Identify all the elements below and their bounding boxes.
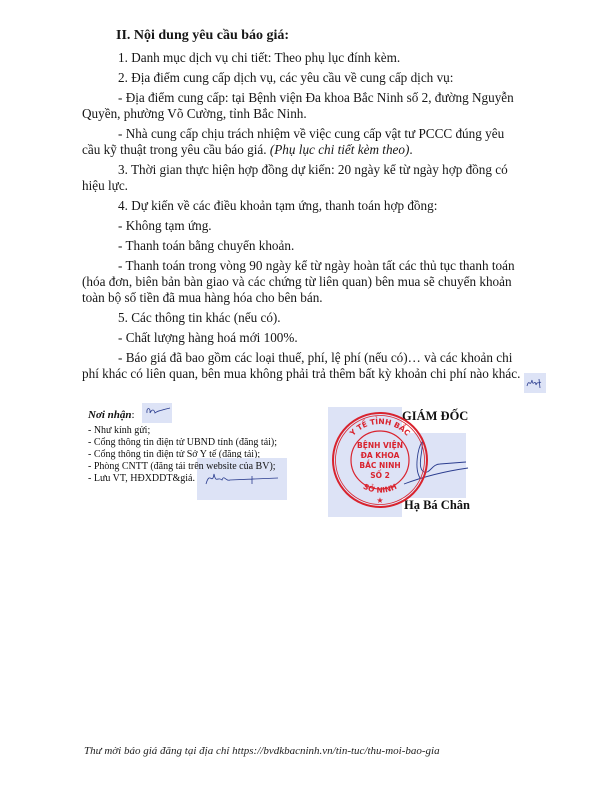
document-page: II. Nội dung yêu cầu báo giá: 1. Danh mụ… bbox=[0, 0, 590, 807]
item-4b: - Thanh toán bằng chuyển khoản. bbox=[118, 238, 294, 254]
stamp-bottom-text: SỞ NINH bbox=[362, 482, 398, 495]
stamp-line-4: SỐ 2 bbox=[370, 470, 390, 480]
item-1: 1. Danh mục dịch vụ chi tiết: Theo phụ l… bbox=[118, 50, 400, 66]
item-2a-line2: Quyền, phường Võ Cường, tỉnh Bắc Ninh. bbox=[82, 106, 307, 122]
item-2b-period: . bbox=[409, 142, 412, 157]
initial-signature-icon bbox=[526, 376, 544, 390]
item-2b-text: cầu kỹ thuật trong yêu cầu báo giá. bbox=[82, 142, 267, 157]
item-3-line1: 3. Thời gian thực hiện hợp đồng dự kiến:… bbox=[118, 162, 508, 178]
item-2: 2. Địa điểm cung cấp dịch vụ, các yêu cầ… bbox=[118, 70, 453, 86]
item-4: 4. Dự kiến về các điều khoản tạm ứng, th… bbox=[118, 198, 437, 214]
item-5: 5. Các thông tin khác (nếu có). bbox=[118, 310, 281, 326]
svg-text:SỞ NINH: SỞ NINH bbox=[362, 482, 398, 495]
recipients-title: Nơi nhận: bbox=[88, 409, 135, 421]
item-5a: - Chất lượng hàng hoá mới 100%. bbox=[118, 330, 298, 346]
recipients-signature-icon bbox=[200, 466, 280, 492]
stamp-line-1: BỆNH VIỆN bbox=[357, 441, 403, 450]
item-2b-line2: cầu kỹ thuật trong yêu cầu báo giá. (Phụ… bbox=[82, 142, 413, 158]
item-4c-line1: - Thanh toán trong vòng 90 ngày kể từ ng… bbox=[118, 258, 515, 274]
recipient-item: - Lưu VT, HĐXDDT&giá. bbox=[88, 473, 195, 484]
recipient-item: - Như kính gửi; bbox=[88, 425, 150, 436]
recipients-title-text: Nơi nhận bbox=[88, 409, 132, 421]
stamp-line-3: BẮC NINH bbox=[359, 460, 400, 470]
item-2a-line1: - Địa điểm cung cấp: tại Bệnh viện Đa kh… bbox=[118, 90, 514, 106]
item-5b-line2: phí khác có liên quan, bên mua không phả… bbox=[82, 366, 520, 382]
item-4c-line2: (hóa đơn, biên bản bàn giao và các chứng… bbox=[82, 274, 512, 290]
recipients-title-colon: : bbox=[132, 409, 135, 421]
item-4c-line3: toàn bộ số tiền đã mua hàng hóa cho bên … bbox=[82, 290, 323, 306]
item-2b-line1: - Nhà cung cấp chịu trách nhiệm về việc … bbox=[118, 126, 504, 142]
recipient-item: - Cổng thông tin điện tử UBND tỉnh (đăng… bbox=[88, 437, 277, 448]
stamp-star: ★ bbox=[376, 496, 383, 505]
footer-note: Thư mời báo giá đăng tại địa chỉ https:/… bbox=[84, 745, 440, 757]
stamp-line-2: ĐA KHOA bbox=[361, 451, 400, 460]
item-4a: - Không tạm ứng. bbox=[118, 218, 212, 234]
item-5b-line1: - Báo giá đã bao gồm các loại thuế, phí,… bbox=[118, 350, 512, 366]
section-heading: II. Nội dung yêu cầu báo giá: bbox=[116, 28, 289, 44]
recipients-initial-signature-icon bbox=[144, 405, 174, 421]
hospital-stamp-icon: Y TẾ TỈNH BẮC SỞ NINH BỆNH VIỆN ĐA KHOA … bbox=[330, 410, 430, 510]
item-3-line2: hiệu lực. bbox=[82, 178, 128, 194]
appendix-note: (Phụ lục chi tiết kèm theo) bbox=[270, 142, 410, 157]
